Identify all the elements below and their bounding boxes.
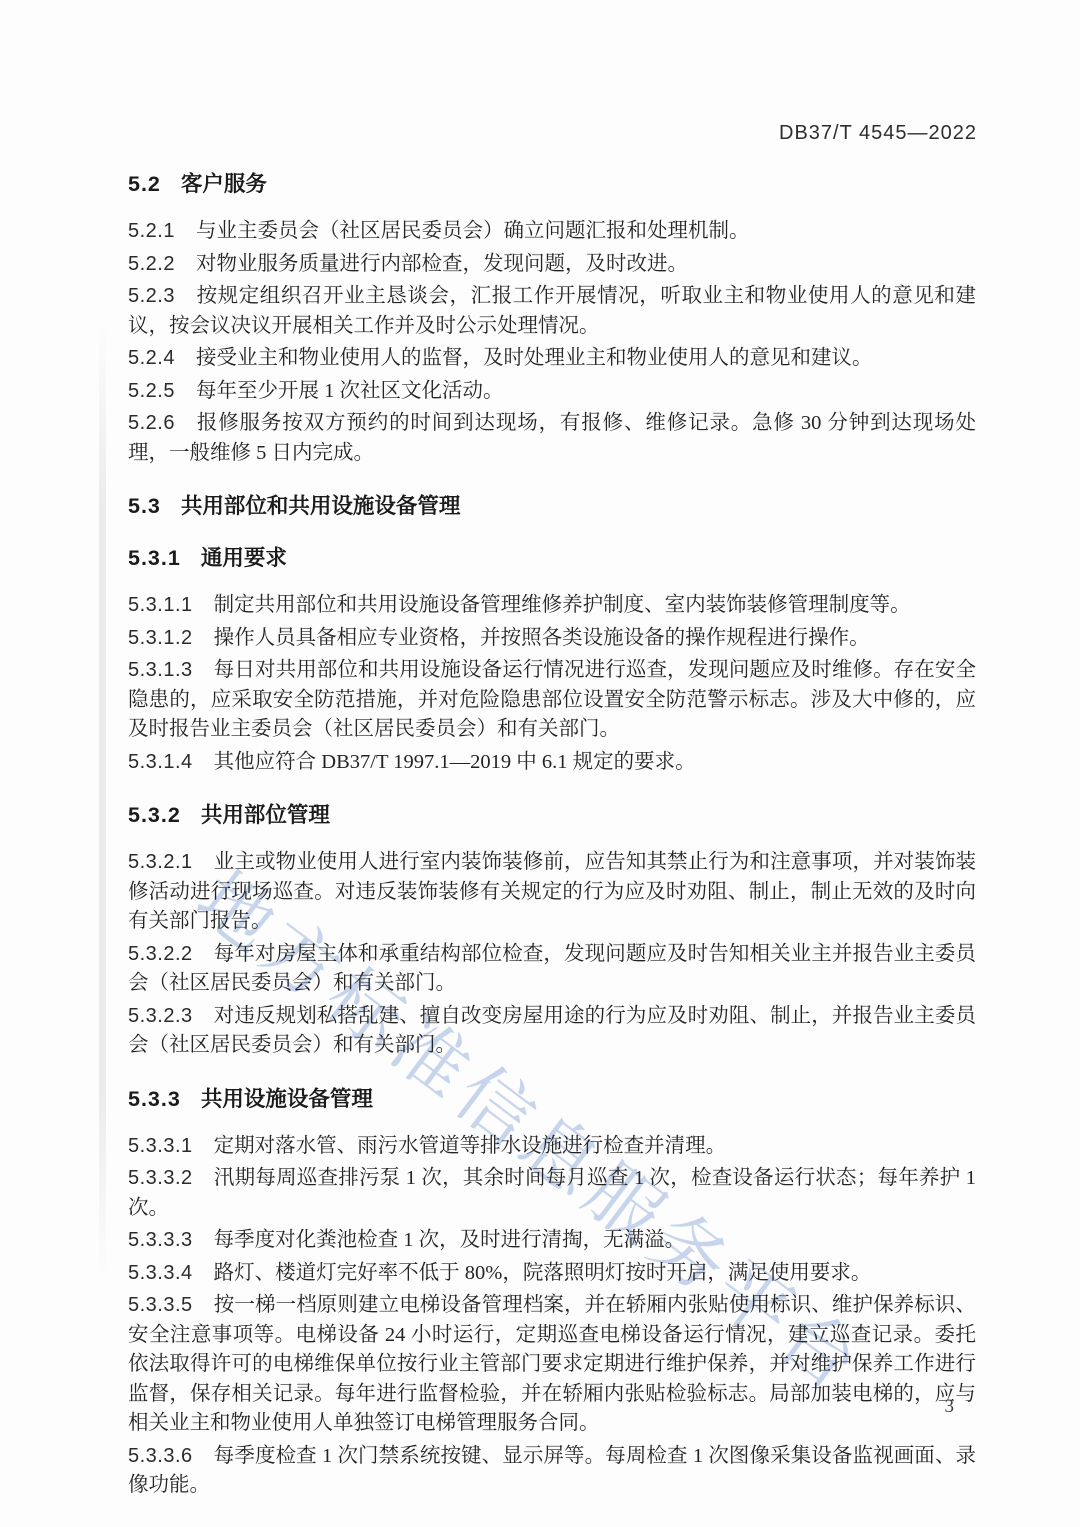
clause-number: 5.3.2.1 — [128, 851, 193, 873]
clause-text: 接受业主和物业使用人的监督，及时处理业主和物业使用人的意见和建议。 — [196, 347, 873, 369]
clause-text: 每日对共用部位和共用设施设备运行情况进行巡查，发现问题应及时维修。存在安全隐患的… — [128, 659, 976, 740]
clause-paragraph: 5.3.1.4其他应符合 DB37/T 1997.1—2019 中 6.1 规定… — [128, 748, 976, 778]
clause-paragraph: 5.3.3.2汛期每周巡查排污泵 1 次，其余时间每月巡查 1 次，检查设备运行… — [128, 1164, 976, 1223]
clause-paragraph: 5.3.1.3每日对共用部位和共用设施设备运行情况进行巡查，发现问题应及时维修。… — [128, 656, 976, 745]
page-number: 3 — [945, 1396, 955, 1418]
document-page: 地方标准信息服务平台 DB37/T 4545—2022 5.2客户服务5.2.1… — [0, 0, 1080, 1527]
clause-text: 制定共用部位和共用设施设备管理维修养护制度、室内装饰装修管理制度等。 — [214, 594, 911, 616]
clause-text: 定期对落水管、雨污水管道等排水设施进行检查并清理。 — [214, 1135, 727, 1157]
heading-number: 5.3 — [128, 494, 161, 518]
clause-text: 每季度对化粪池检查 1 次，及时进行清掏，无满溢。 — [214, 1229, 686, 1251]
clause-number: 5.3.3.6 — [128, 1445, 193, 1467]
clause-text: 其他应符合 DB37/T 1997.1—2019 中 6.1 规定的要求。 — [214, 751, 696, 773]
page-header: DB37/T 4545—2022 — [128, 122, 977, 145]
clause-number: 5.2.2 — [128, 253, 175, 275]
clause-number: 5.3.3.4 — [128, 1262, 193, 1284]
clause-text: 每年至少开展 1 次社区文化活动。 — [196, 380, 504, 402]
clause-number: 5.2.5 — [128, 380, 175, 402]
clause-text: 操作人员具备相应专业资格，并按照各类设施设备的操作规程进行操作。 — [214, 627, 870, 649]
subsection-heading: 5.3.2共用部位管理 — [128, 801, 976, 829]
heading-number: 5.3.1 — [128, 546, 181, 570]
clause-paragraph: 5.3.3.3每季度对化粪池检查 1 次，及时进行清掏，无满溢。 — [128, 1226, 976, 1256]
standard-number: DB37/T 4545—2022 — [779, 122, 977, 144]
heading-title: 客户服务 — [181, 172, 267, 196]
document-content: 5.2客户服务5.2.1与业主委员会（社区居民委员会）确立问题汇报和处理机制。5… — [128, 170, 976, 1504]
section-heading: 5.3共用部位和共用设施设备管理 — [128, 492, 976, 520]
clause-paragraph: 5.2.5每年至少开展 1 次社区文化活动。 — [128, 377, 976, 407]
clause-number: 5.3.3.2 — [128, 1167, 193, 1189]
clause-text: 每年对房屋主体和承重结构部位检查，发现问题应及时告知相关业主并报告业主委员会（社… — [128, 943, 976, 995]
heading-number: 5.3.3 — [128, 1087, 181, 1111]
heading-title: 共用部位和共用设施设备管理 — [181, 494, 461, 518]
clause-paragraph: 5.3.1.1制定共用部位和共用设施设备管理维修养护制度、室内装饰装修管理制度等… — [128, 591, 976, 621]
clause-paragraph: 5.2.3按规定组织召开业主恳谈会，汇报工作开展情况，听取业主和物业使用人的意见… — [128, 282, 976, 341]
clause-paragraph: 5.3.3.6每季度检查 1 次门禁系统按键、显示屏等。每周检查 1 次图像采集… — [128, 1442, 976, 1501]
heading-title: 共用部位管理 — [201, 803, 330, 827]
clause-number: 5.3.1.2 — [128, 627, 193, 649]
clause-paragraph: 5.2.4接受业主和物业使用人的监督，及时处理业主和物业使用人的意见和建议。 — [128, 344, 976, 374]
subsection-heading: 5.3.3共用设施设备管理 — [128, 1085, 976, 1113]
clause-text: 按一梯一档原则建立电梯设备管理档案，并在轿厢内张贴使用标识、维护保养标识、安全注… — [128, 1294, 976, 1434]
heading-number: 5.2 — [128, 172, 161, 196]
clause-number: 5.2.4 — [128, 347, 175, 369]
clause-paragraph: 5.2.6报修服务按双方预约的时间到达现场，有报修、维修记录。急修 30 分钟到… — [128, 409, 976, 468]
clause-number: 5.2.3 — [128, 285, 175, 307]
clause-paragraph: 5.2.1与业主委员会（社区居民委员会）确立问题汇报和处理机制。 — [128, 217, 976, 247]
clause-paragraph: 5.3.2.3对违反规划私搭乱建、擅自改变房屋用途的行为应及时劝阻、制止，并报告… — [128, 1002, 976, 1061]
clause-paragraph: 5.3.2.1业主或物业使用人进行室内装饰装修前，应告知其禁止行为和注意事项，并… — [128, 848, 976, 937]
clause-text: 按规定组织召开业主恳谈会，汇报工作开展情况，听取业主和物业使用人的意见和建议，按… — [128, 285, 976, 337]
clause-number: 5.2.1 — [128, 220, 175, 242]
heading-title: 通用要求 — [201, 546, 287, 570]
clause-number: 5.3.2.2 — [128, 943, 193, 965]
section-heading: 5.2客户服务 — [128, 170, 976, 198]
clause-number: 5.3.3.3 — [128, 1229, 193, 1251]
clause-paragraph: 5.2.2对物业服务质量进行内部检查，发现问题，及时改进。 — [128, 250, 976, 280]
clause-number: 5.3.1.4 — [128, 751, 193, 773]
heading-number: 5.3.2 — [128, 803, 181, 827]
clause-text: 对物业服务质量进行内部检查，发现问题，及时改进。 — [196, 253, 688, 275]
clause-text: 报修服务按双方预约的时间到达现场，有报修、维修记录。急修 30 分钟到达现场处理… — [128, 412, 976, 464]
clause-text: 与业主委员会（社区居民委员会）确立问题汇报和处理机制。 — [196, 220, 750, 242]
clause-paragraph: 5.3.1.2操作人员具备相应专业资格，并按照各类设施设备的操作规程进行操作。 — [128, 624, 976, 654]
clause-number: 5.3.3.5 — [128, 1294, 193, 1316]
clause-paragraph: 5.3.3.5按一梯一档原则建立电梯设备管理档案，并在轿厢内张贴使用标识、维护保… — [128, 1291, 976, 1439]
clause-number: 5.3.1.1 — [128, 594, 193, 616]
clause-number: 5.3.1.3 — [128, 659, 193, 681]
clause-text: 业主或物业使用人进行室内装饰装修前，应告知其禁止行为和注意事项，并对装饰装修活动… — [128, 851, 976, 932]
clause-paragraph: 5.3.3.4路灯、楼道灯完好率不低于 80%，院落照明灯按时开启，满足使用要求… — [128, 1259, 976, 1289]
clause-text: 汛期每周巡查排污泵 1 次，其余时间每月巡查 1 次，检查设备运行状态；每年养护… — [128, 1167, 976, 1219]
scan-edge-shadow — [99, 320, 106, 1280]
clause-text: 对违反规划私搭乱建、擅自改变房屋用途的行为应及时劝阻、制止，并报告业主委员会（社… — [128, 1005, 976, 1057]
clause-paragraph: 5.3.3.1定期对落水管、雨污水管道等排水设施进行检查并清理。 — [128, 1132, 976, 1162]
subsection-heading: 5.3.1通用要求 — [128, 544, 976, 572]
clause-number: 5.3.2.3 — [128, 1005, 193, 1027]
clause-paragraph: 5.3.2.2每年对房屋主体和承重结构部位检查，发现问题应及时告知相关业主并报告… — [128, 940, 976, 999]
clause-number: 5.3.3.1 — [128, 1135, 193, 1157]
clause-text: 路灯、楼道灯完好率不低于 80%，院落照明灯按时开启，满足使用要求。 — [214, 1262, 872, 1284]
clause-text: 每季度检查 1 次门禁系统按键、显示屏等。每周检查 1 次图像采集设备监视画面、… — [128, 1445, 976, 1497]
clause-number: 5.2.6 — [128, 412, 175, 434]
heading-title: 共用设施设备管理 — [201, 1087, 373, 1111]
